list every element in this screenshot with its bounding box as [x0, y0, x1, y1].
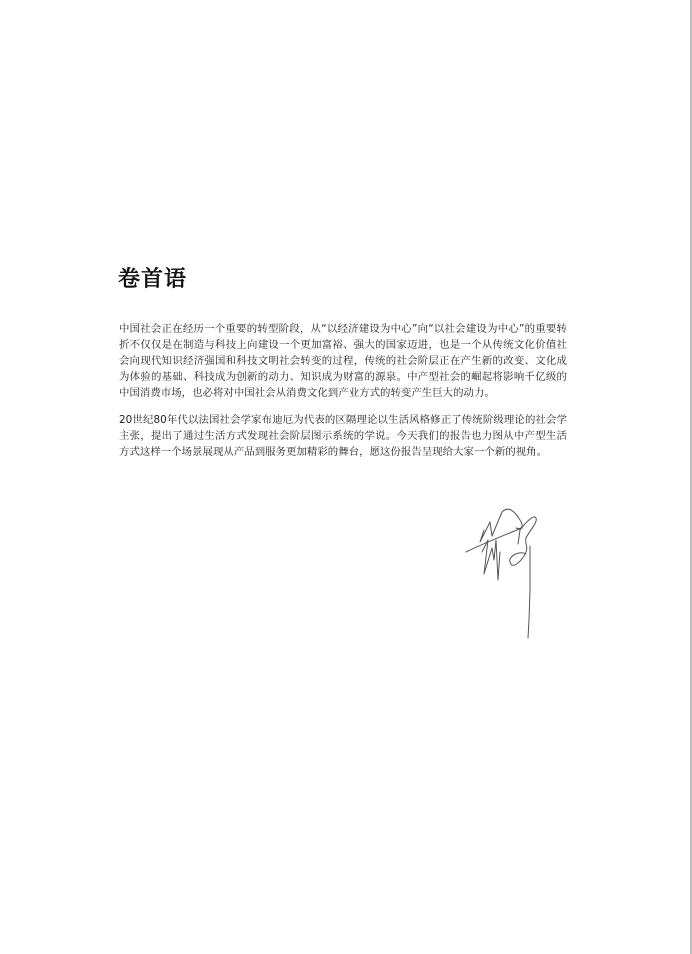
signature-icon — [462, 500, 562, 640]
page-title: 卷首语 — [118, 266, 187, 294]
paragraph-2: 20世纪80年代以法国社会学家布迪厄为代表的区隔理论以生活风格修正了传统阶级理论… — [119, 412, 567, 460]
paragraph-1: 中国社会正在经历一个重要的转型阶段，从“以经济建设为中心”向“以社会建设为中心”… — [119, 321, 567, 401]
signature-image — [462, 500, 562, 640]
body-text: 中国社会正在经历一个重要的转型阶段，从“以经济建设为中心”向“以社会建设为中心”… — [119, 321, 567, 471]
